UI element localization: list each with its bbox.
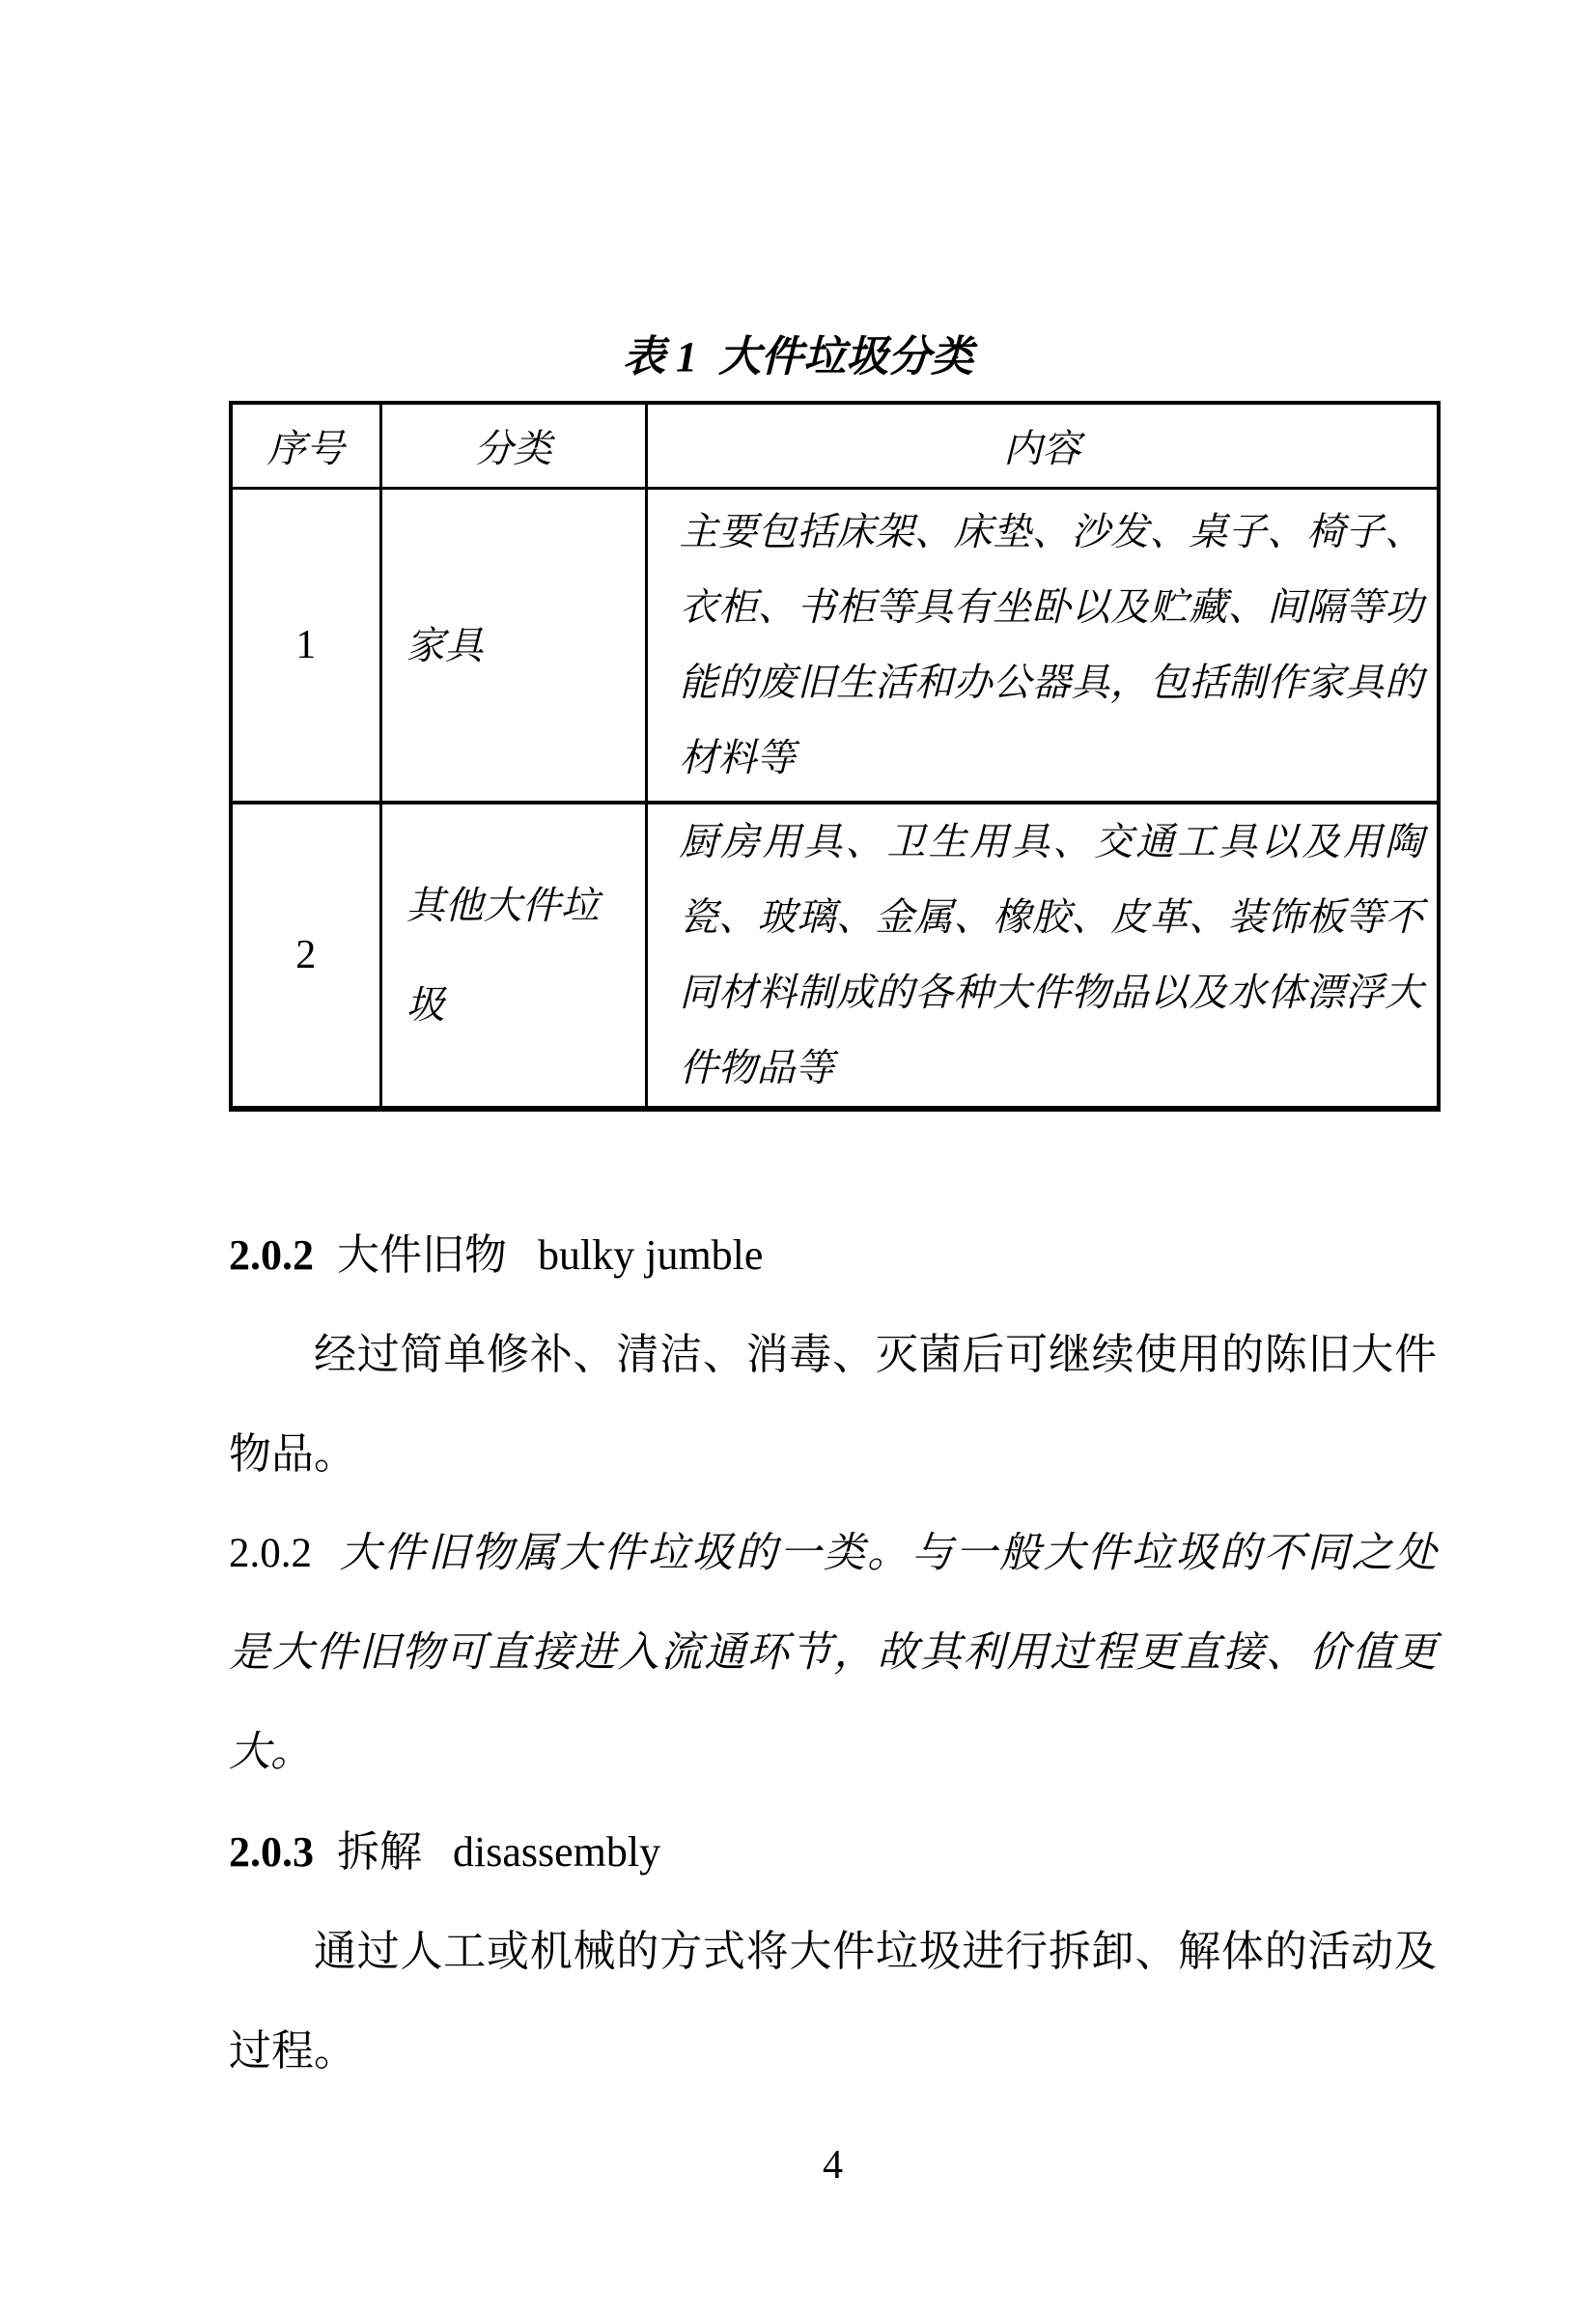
table-row-2: 2 其他大件垃圾 厨房用具、卫生用具、交通工具以及用陶瓷、玻璃、金属、橡胶、皮革…	[231, 803, 1439, 1109]
row2-no-cell: 2	[231, 803, 380, 1109]
term-number: 2.0.2	[229, 1231, 314, 1279]
row1-no-cell: 1	[231, 489, 380, 804]
column-header-content: 内容	[646, 403, 1439, 489]
row1-content-cell: 主要包括床架、床垫、沙发、桌子、椅子、衣柜、书柜等具有坐卧以及贮藏、间隔等功能的…	[646, 489, 1439, 804]
note-2-0-2-line-3: 大。	[229, 1703, 1437, 1802]
definition-2-0-3-line-1: 通过人工或机械的方式将大件垃圾进行拆卸、解体的活动及	[229, 1902, 1437, 2001]
body-text: 2.0.2大件旧物bulky jumble 经过简单修补、清洁、消毒、灭菌后可继…	[229, 1205, 1437, 2101]
note-number: 2.0.2	[229, 1531, 312, 1576]
row2-category-cell: 其他大件垃圾	[380, 803, 646, 1109]
column-header-no: 序号	[231, 403, 380, 489]
term-english: bulky jumble	[538, 1231, 763, 1279]
term-heading-2-0-2: 2.0.2大件旧物bulky jumble	[229, 1205, 1437, 1305]
term-chinese: 拆解	[337, 1828, 422, 1876]
term-number: 2.0.3	[229, 1828, 314, 1876]
table-header-row: 序号 分类 内容	[231, 403, 1439, 489]
term-english: disassembly	[453, 1828, 660, 1876]
table-row-1: 1 家具 主要包括床架、床垫、沙发、桌子、椅子、衣柜、书柜等具有坐卧以及贮藏、间…	[231, 489, 1439, 804]
note-text: 大件旧物属大件垃圾的一类。与一般大件垃圾的不同之处	[337, 1531, 1437, 1576]
row2-content-cell: 厨房用具、卫生用具、交通工具以及用陶瓷、玻璃、金属、橡胶、皮革、装饰板等不同材料…	[646, 803, 1439, 1109]
term-heading-2-0-3: 2.0.3拆解disassembly	[229, 1802, 1437, 1902]
row1-category-cell: 家具	[380, 489, 646, 804]
definition-2-0-3-line-2: 过程。	[229, 2001, 1437, 2101]
classification-table: 序号 分类 内容 1 家具 主要包括床架、床垫、沙发、桌子、椅子、衣柜、书柜等具…	[229, 401, 1441, 1112]
definition-2-0-2-line-1: 经过简单修补、清洁、消毒、灭菌后可继续使用的陈旧大件	[229, 1305, 1437, 1404]
page-number: 4	[229, 2136, 1437, 2194]
table-caption: 表 1 大件垃圾分类	[0, 328, 1596, 386]
column-header-category: 分类	[380, 403, 646, 489]
definition-2-0-2-line-2: 物品。	[229, 1404, 1437, 1504]
document-page: 表 1 大件垃圾分类 序号 分类 内容 1 家具 主要包括床架、床垫、沙发、桌子…	[0, 0, 1596, 2316]
term-chinese: 大件旧物	[337, 1231, 507, 1279]
note-2-0-2-line-1: 2.0.2大件旧物属大件垃圾的一类。与一般大件垃圾的不同之处	[229, 1504, 1437, 1603]
note-2-0-2-line-2: 是大件旧物可直接进入流通环节，故其利用过程更直接、价值更	[229, 1603, 1437, 1703]
